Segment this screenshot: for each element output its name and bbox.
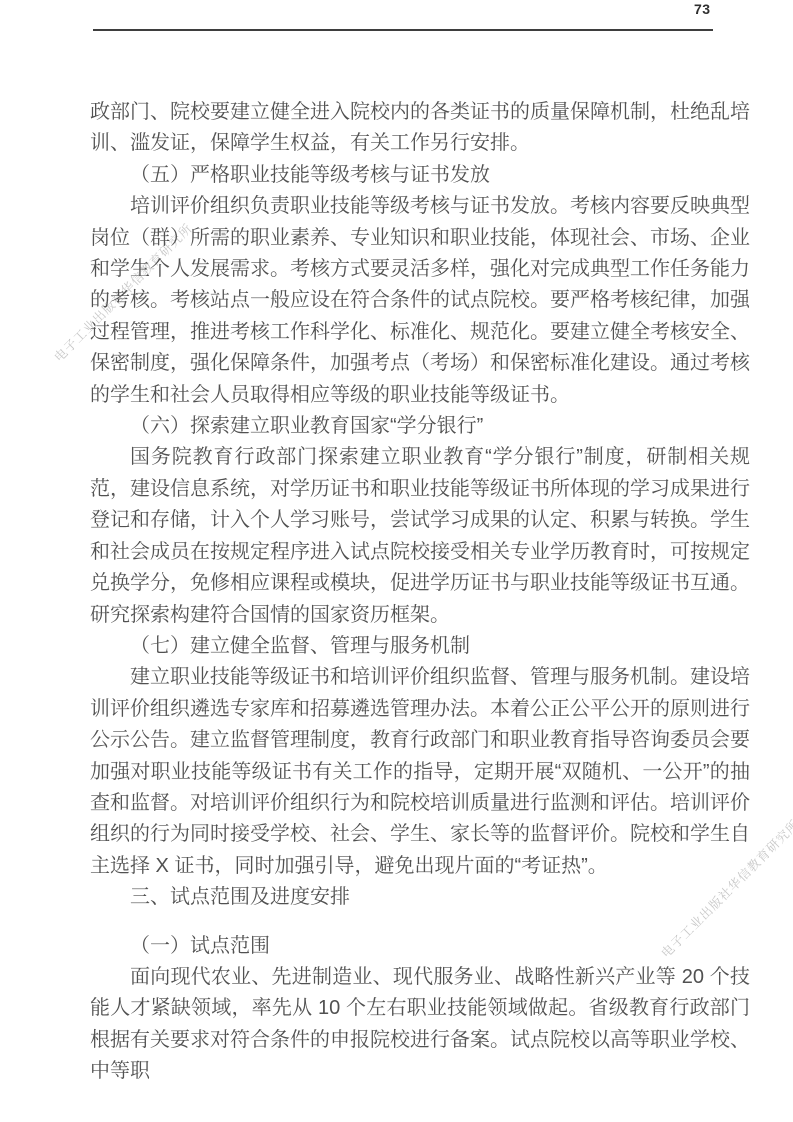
section-heading: （六）探索建立职业教育国家“学分银行” (90, 411, 750, 442)
document-page: 73 电子工业出版社华信教育研究所 电子工业出版社华信教育研究所 政部门、院校要… (0, 0, 793, 1122)
section-heading: 三、试点范围及进度安排 (90, 882, 750, 913)
document-body: 政部门、院校要建立健全进入院校内的各类证书的质量保障机制，杜绝乱培训、滥发证，保… (90, 97, 750, 1088)
section-heading: （七）建立健全监督、管理与服务机制 (90, 631, 750, 662)
paragraph: 政部门、院校要建立健全进入院校内的各类证书的质量保障机制，杜绝乱培训、滥发证，保… (90, 97, 750, 160)
section-heading: （一）试点范围 (90, 931, 750, 962)
paragraph: 建立职业技能等级证书和培训评价组织监督、管理与服务机制。建设培训评价组织遴选专家… (90, 662, 750, 882)
page-number: 73 (694, 1, 714, 17)
paragraph: 面向现代农业、先进制造业、现代服务业、战略性新兴产业等 20 个技能人才紧缺领域… (90, 962, 750, 1088)
paragraph: 国务院教育行政部门探索建立职业教育“学分银行”制度，研制相关规范，建设信息系统，… (90, 442, 750, 630)
paragraph: 培训评价组织负责职业技能等级考核与证书发放。考核内容要反映典型岗位（群）所需的职… (90, 191, 750, 411)
section-heading: （五）严格职业技能等级考核与证书发放 (90, 160, 750, 191)
header-rule (93, 29, 713, 31)
